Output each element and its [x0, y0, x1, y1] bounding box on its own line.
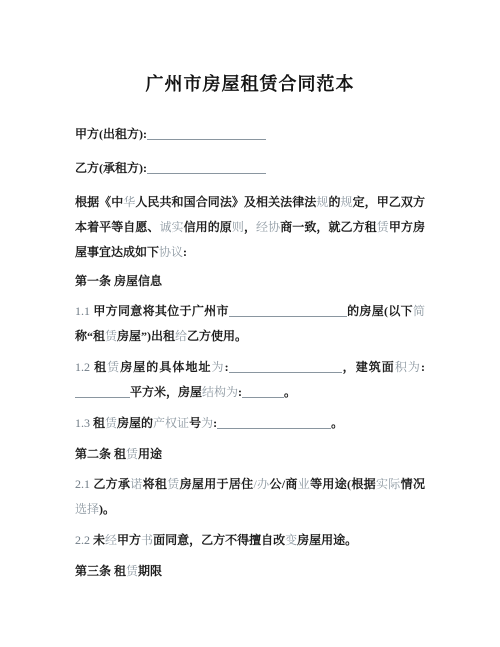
text-run: 业: [298, 477, 310, 491]
text-run: 赁: [126, 564, 138, 578]
text-run: 房屋”)出租: [117, 329, 175, 343]
article-3-heading: 第三条 租赁期限: [75, 559, 425, 584]
text-run: 将租: [143, 477, 168, 491]
text-run: 房屋的: [117, 416, 153, 430]
text-run: 用途: [138, 447, 162, 461]
contract-page: 广州市房屋租赁合同范本 甲方(出租方):乙方(承租方):根据《中华人民共和国合同…: [0, 0, 500, 647]
text-run: 期限: [138, 564, 162, 578]
text-run: 甲方: [117, 533, 141, 547]
party-a-line: 甲方(出租方):: [75, 122, 425, 147]
text-run: 诺: [130, 477, 142, 491]
text-run: 平方米，房屋: [130, 385, 202, 399]
fill-in-blank: [217, 415, 331, 429]
text-run: 。: [331, 416, 343, 430]
text-run: )。: [99, 502, 115, 516]
text-run: 第一条 房屋信息: [75, 274, 162, 288]
clause-1-1: 1.1 甲方同意将其位于广州市的房屋(以下简称“租赁房屋”)出租给乙方使用。: [75, 299, 425, 349]
text-run: :: [421, 360, 425, 374]
preamble: 根据《中华人民共和国合同法》及相关法律法规的规定，甲乙双方本着平等自愿、诚实信用…: [75, 190, 425, 265]
clause-2-1: 2.1 乙方承诺将租赁房屋用于居住/办公/商业等用途(根据实际情况选择)。: [75, 472, 425, 522]
text-run: 规: [341, 195, 353, 209]
text-run: 乙方承: [93, 477, 130, 491]
text-run: 未: [93, 533, 105, 547]
text-run: 给: [175, 329, 187, 343]
text-run: 甲方同意将其位于广州市: [93, 304, 228, 318]
text-run: 积为: [395, 360, 421, 374]
clause-1-3: 1.3 租赁房屋的产权证号为:。: [75, 411, 425, 436]
text-run: 的房屋(以下: [347, 304, 413, 318]
article-2-heading: 第二条 租赁用途: [75, 442, 425, 467]
text-run: 赁: [167, 477, 179, 491]
party-b-line: 乙方(承租方):: [75, 156, 425, 181]
text-run: 称“租: [75, 329, 105, 343]
text-run: 2.2: [75, 533, 93, 547]
text-run: 赁: [105, 416, 117, 430]
text-run: 协议: [159, 245, 183, 259]
document-title: 广州市房屋租赁合同范本: [75, 70, 425, 98]
text-run: 结构为: [202, 385, 238, 399]
text-run: 商一致，就乙方租: [280, 220, 377, 234]
text-run: 的: [328, 195, 340, 209]
text-run: 房屋用途。: [297, 533, 357, 547]
text-run: 第二条 租: [75, 447, 126, 461]
text-run: 房屋的具体地址: [120, 360, 211, 374]
text-run: 华: [123, 195, 135, 209]
article-1-heading: 第一条 房屋信息: [75, 269, 425, 294]
clause-1-2: 1.2 租赁房屋的具体地址为:，建筑面积为:平方米，房屋结构为:。: [75, 355, 425, 405]
text-run: ，: [244, 220, 256, 234]
text-run: 变: [285, 533, 297, 547]
text-run: 为: [201, 416, 213, 430]
text-run: 简: [413, 304, 425, 318]
text-run: :: [183, 245, 187, 259]
text-run: 租: [94, 360, 107, 374]
clause-2-2: 2.2 未经甲方书面同意，乙方不得擅自改变房屋用途。: [75, 528, 425, 553]
text-run: 书: [141, 533, 153, 547]
document-blocks: 甲方(出租方):乙方(承租方):根据《中华人民共和国合同法》及相关法律法规的规定…: [75, 122, 425, 584]
text-run: 赁: [377, 220, 389, 234]
text-run: 赁: [126, 447, 138, 461]
text-run: 租: [93, 416, 105, 430]
fill-in-blank: [229, 359, 342, 373]
text-run: 第三条 租: [75, 564, 126, 578]
text-run: 赁: [107, 360, 120, 374]
text-run: 1.3: [75, 416, 93, 430]
text-run: 乙方使用。: [187, 329, 247, 343]
text-run: 情况: [401, 477, 425, 491]
text-run: 选择: [75, 502, 99, 516]
text-run: 1.1: [75, 304, 93, 318]
text-run: 面同意，乙方不得擅自改: [153, 533, 285, 547]
text-run: 经: [105, 533, 117, 547]
text-run: 则: [232, 220, 244, 234]
text-run: 赁: [105, 329, 117, 343]
text-run: 等用途(根据: [310, 477, 376, 491]
fill-in-blank: [147, 160, 266, 174]
text-run: 实际: [376, 477, 401, 491]
text-run: 规: [316, 195, 328, 209]
text-run: 房屋用于居住: [180, 477, 254, 491]
text-run: 诚实: [159, 220, 183, 234]
text-run: 公/商: [269, 477, 297, 491]
fill-in-blank: [75, 384, 130, 398]
text-run: 经协: [256, 220, 280, 234]
text-run: 2.1: [75, 477, 93, 491]
text-run: 。: [284, 385, 296, 399]
text-run: /办: [253, 477, 269, 491]
text-run: 号: [189, 416, 201, 430]
text-run: 根据《中: [75, 195, 123, 209]
fill-in-blank: [229, 303, 347, 317]
text-run: 1.2: [75, 360, 94, 374]
text-run: 信用的原: [184, 220, 232, 234]
text-run: 人民共和国合同法》及相关法律法: [135, 195, 316, 209]
fill-in-blank: [147, 126, 266, 140]
text-run: ，建筑面: [342, 360, 395, 374]
text-run: 甲方(出租方):: [75, 127, 147, 141]
text-run: 乙方(承租方):: [75, 161, 147, 175]
text-run: 产权证: [153, 416, 189, 430]
text-run: 为: [212, 360, 225, 374]
fill-in-blank: [242, 384, 284, 398]
